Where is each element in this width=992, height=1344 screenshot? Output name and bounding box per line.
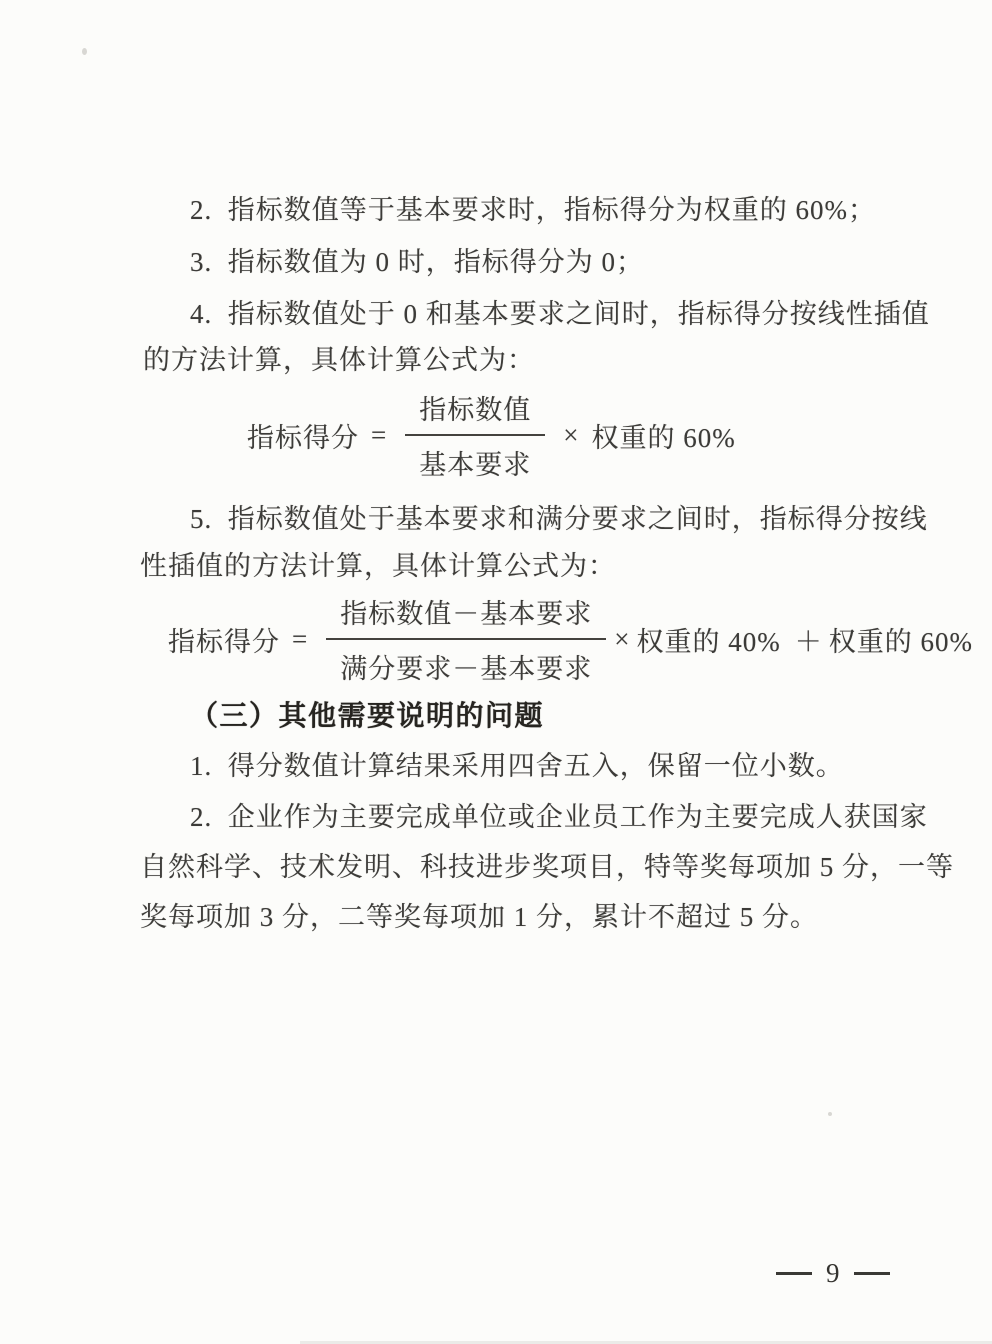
formula-1-numerator: 指标数值	[405, 388, 545, 434]
note-1: 1. 得分数值计算结果采用四舍五入，保留一位小数。	[190, 744, 844, 783]
page-number-dash-left	[776, 1272, 812, 1275]
note-2-line-1: 2. 企业作为主要完成单位或企业员工作为主要完成人获国家	[190, 795, 928, 834]
formula-2-term-1: 权重的 40%	[636, 620, 780, 659]
multiply-sign: ×	[614, 624, 630, 655]
multiply-sign: ×	[563, 420, 579, 451]
note-2-line-3: 奖每项加 3 分，二等奖每项加 1 分，累计不超过 5 分。	[140, 895, 818, 934]
formula-2: 指标得分 = 指标数值－基本要求 满分要求－基本要求 × 权重的 40% ＋ 权…	[168, 592, 973, 686]
scan-speck	[82, 48, 87, 55]
section-heading: （三）其他需要说明的问题	[190, 694, 544, 734]
equals-sign: =	[371, 420, 387, 451]
formula-1-denominator: 基本要求	[405, 434, 545, 482]
paragraph-item-5-line-1: 5. 指标数值处于基本要求和满分要求之间时，指标得分按线	[190, 497, 928, 536]
formula-2-term-2: 权重的 60%	[829, 620, 973, 659]
formula-1-lhs: 指标得分	[247, 416, 359, 455]
formula-2-fraction: 指标数值－基本要求 满分要求－基本要求	[326, 592, 606, 686]
page-number: 9	[762, 1258, 904, 1289]
plus-sign: ＋	[795, 620, 823, 659]
page-number-dash-right	[854, 1272, 890, 1275]
equals-sign: =	[292, 624, 308, 655]
formula-1-rhs: 权重的 60%	[591, 416, 735, 455]
paragraph-item-4-line-1: 4. 指标数值处于 0 和基本要求之间时，指标得分按线性插值	[190, 292, 930, 331]
paragraph-item-5-line-2: 性插值的方法计算，具体计算公式为：	[140, 544, 616, 583]
scanned-document-page: 2. 指标数值等于基本要求时，指标得分为权重的 60%； 3. 指标数值为 0 …	[0, 0, 992, 1344]
formula-1-fraction: 指标数值 基本要求	[405, 388, 545, 482]
page-number-value: 9	[826, 1258, 840, 1289]
formula-1: 指标得分 = 指标数值 基本要求 × 权重的 60%	[247, 388, 736, 482]
formula-2-lhs: 指标得分	[168, 620, 280, 659]
paragraph-item-3: 3. 指标数值为 0 时，指标得分为 0；	[190, 240, 644, 279]
note-2-line-2: 自然科学、技术发明、科技进步奖项目，特等奖每项加 5 分，一等	[140, 845, 954, 884]
formula-2-numerator: 指标数值－基本要求	[326, 592, 606, 638]
paragraph-item-4-line-2: 的方法计算，具体计算公式为：	[143, 338, 535, 377]
scan-speck	[828, 1112, 832, 1116]
formula-2-denominator: 满分要求－基本要求	[326, 638, 606, 686]
paragraph-item-2: 2. 指标数值等于基本要求时，指标得分为权重的 60%；	[190, 188, 876, 227]
